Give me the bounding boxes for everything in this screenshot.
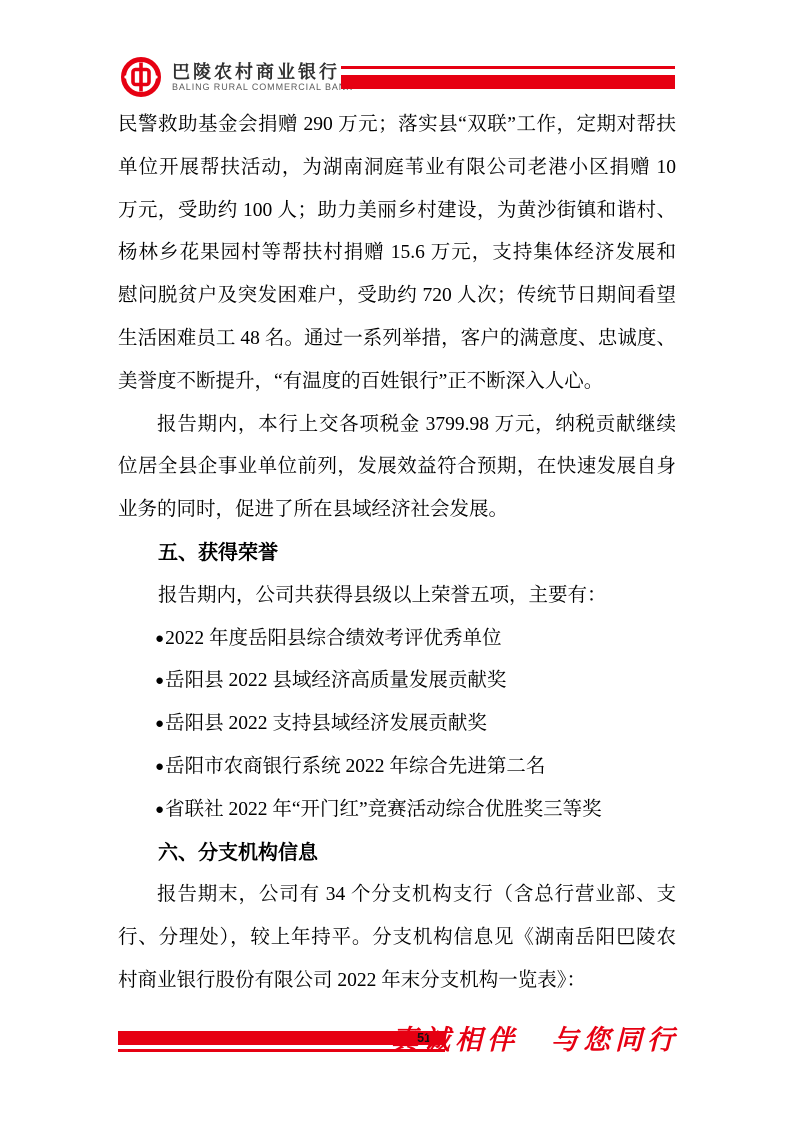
paragraph-line: 单位开展帮扶活动，为湖南洞庭苇业有限公司老港小区捐赠 10 [118,147,676,190]
honor-item: ●2022 年度岳阳县综合绩效考评优秀单位 [118,618,676,661]
bank-logo-icon [120,56,162,98]
paragraph-line: 生活困难员工 48 名。通过一系列举措，客户的满意度、忠诚度、 [118,318,676,361]
honors-list: ●2022 年度岳阳县综合绩效考评优秀单位 ●岳阳县 2022 县域经济高质量发… [118,618,676,832]
paragraph-line: 报告期内，本行上交各项税金 3799.98 万元，纳税贡献继续 [118,404,676,447]
paragraph-line: 报告期末，公司有 34 个分支机构支行（含总行营业部、支 [118,874,676,917]
honor-text: 岳阳县 2022 县域经济高质量发展贡献奖 [165,670,506,691]
honor-text: 岳阳市农商银行系统 2022 年综合先进第二名 [165,756,545,777]
honor-text: 省联社 2022 年“开门红”竞赛活动综合优胜奖三等奖 [165,799,602,820]
bank-name: 巴陵农村商业银行 [172,58,340,84]
paragraph-line: 位居全县企事业单位前列，发展效益符合预期，在快速发展自身 [118,446,676,489]
honor-text: 2022 年度岳阳县综合绩效考评优秀单位 [165,628,501,649]
bank-name-english: BALING RURAL COMMERCIAL BANK [172,82,353,92]
header-rule-thin [341,66,675,69]
honor-item: ●岳阳市农商银行系统 2022 年综合先进第二名 [118,746,676,789]
bullet-icon: ● [155,673,164,689]
paragraph-line: 万元，受助约 100 人；助力美丽乡村建设，为黄沙街镇和谐村、 [118,190,676,233]
paragraph-line: 慰问脱贫户及突发困难户，受助约 720 人次；传统节日期间看望 [118,275,676,318]
section-heading-branches: 六、分支机构信息 [118,832,676,875]
header-rule-thick [341,75,675,89]
paragraph-line: 行、分理处），较上年持平。分支机构信息见《湖南岳阳巴陵农 [118,917,676,960]
paragraph-line: 村商业银行股份有限公司 2022 年末分支机构一览表》： [118,960,676,1003]
paragraph-line: 业务的同时，促进了所在县域经济社会发展。 [118,489,676,532]
honor-item: ●省联社 2022 年“开门红”竞赛活动综合优胜奖三等奖 [118,789,676,832]
bullet-icon: ● [155,759,164,775]
document-body: 民警救助基金会捐赠 290 万元；落实县“双联”工作，定期对帮扶 单位开展帮扶活… [118,104,676,1003]
honor-item: ●岳阳县 2022 支持县域经济发展贡献奖 [118,703,676,746]
paragraph-line: 杨林乡花果园村等帮扶村捐赠 15.6 万元，支持集体经济发展和 [118,232,676,275]
paragraph-line: 民警救助基金会捐赠 290 万元；落实县“双联”工作，定期对帮扶 [118,104,676,147]
paragraph-line: 美誉度不断提升，“有温度的百姓银行”正不断深入人心。 [118,361,676,404]
bullet-icon: ● [155,716,164,732]
honor-text: 岳阳县 2022 支持县域经济发展贡献奖 [165,713,487,734]
page-footer: 51 真诚相伴 与您同行 [0,1018,793,1078]
honors-intro-line: 报告期内，公司共获得县级以上荣誉五项，主要有： [118,575,676,618]
bullet-icon: ● [155,631,164,647]
section-heading-honors: 五、获得荣誉 [118,532,676,575]
footer-slogan: 真诚相伴 与您同行 [391,1018,679,1057]
honor-item: ●岳阳县 2022 县域经济高质量发展贡献奖 [118,660,676,703]
page-header: 巴陵农村商业银行 BALING RURAL COMMERCIAL BANK [0,0,793,110]
bullet-icon: ● [155,802,164,818]
report-page: 巴陵农村商业银行 BALING RURAL COMMERCIAL BANK 民警… [0,0,793,1122]
